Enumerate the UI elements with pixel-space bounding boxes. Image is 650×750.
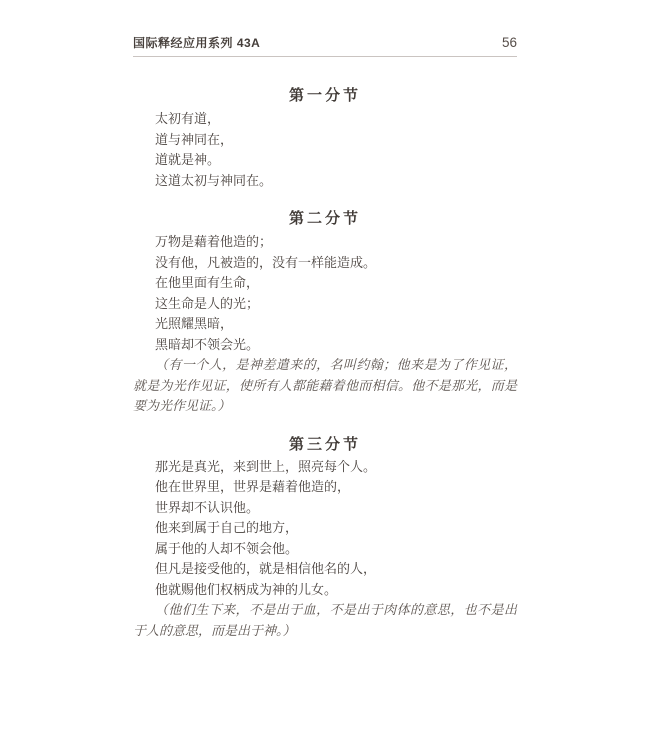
verse-line: 黑暗却不领会光。 [133, 335, 517, 356]
verse-line: 世界却不认识他。 [133, 498, 517, 519]
verse-line: 但凡是接受他的，就是相信他名的人， [133, 559, 517, 580]
verse-line: 太初有道， [133, 109, 517, 130]
verse-line: 他在世界里，世界是藉着他造的， [133, 477, 517, 498]
verse-line: 光照耀黑暗， [133, 314, 517, 335]
verse-line: 那光是真光，来到世上，照亮每个人。 [133, 457, 517, 478]
verse-line: 万物是藉着他造的； [133, 232, 517, 253]
section-heading: 第二分节 [133, 209, 517, 228]
section-heading: 第三分节 [133, 435, 517, 454]
section-1: 第一分节 太初有道， 道与神同在， 道就是神。 这道太初与神同在。 [133, 86, 517, 191]
verse-group: 太初有道， 道与神同在， 道就是神。 这道太初与神同在。 [133, 109, 517, 191]
section-3: 第三分节 那光是真光，来到世上，照亮每个人。 他在世界里，世界是藉着他造的， 世… [133, 435, 517, 642]
verse-group: 那光是真光，来到世上，照亮每个人。 他在世界里，世界是藉着他造的， 世界却不认识… [133, 457, 517, 601]
book-page: 国际释经应用系列 43A 56 第一分节 太初有道， 道与神同在， 道就是神。 … [0, 0, 650, 750]
verse-line: 属于他的人却不领会他。 [133, 539, 517, 560]
verse-line: 道就是神。 [133, 150, 517, 171]
verse-line: 这生命是人的光； [133, 294, 517, 315]
verse-line: 他就赐他们权柄成为神的儿女。 [133, 580, 517, 601]
parenthetical-note: （他们生下来，不是出于血，不是出于肉体的意思，也不是出于人的意思，而是出于神。） [133, 600, 517, 641]
verse-line: 在他里面有生命， [133, 273, 517, 294]
parenthetical-note: （有一个人，是神差遣来的，名叫约翰；他来是为了作见证，就是为光作见证，使所有人都… [133, 355, 517, 417]
verse-line: 这道太初与神同在。 [133, 171, 517, 192]
page-header: 国际释经应用系列 43A 56 [133, 36, 517, 57]
verse-line: 他来到属于自己的地方， [133, 518, 517, 539]
verse-line: 没有他，凡被造的，没有一样能造成。 [133, 253, 517, 274]
verse-group: 万物是藉着他造的； 没有他，凡被造的，没有一样能造成。 在他里面有生命， 这生命… [133, 232, 517, 355]
page-number: 56 [502, 36, 517, 50]
series-title: 国际释经应用系列 43A [133, 36, 260, 50]
verse-line: 道与神同在， [133, 130, 517, 151]
section-2: 第二分节 万物是藉着他造的； 没有他，凡被造的，没有一样能造成。 在他里面有生命… [133, 209, 517, 417]
section-heading: 第一分节 [133, 86, 517, 105]
